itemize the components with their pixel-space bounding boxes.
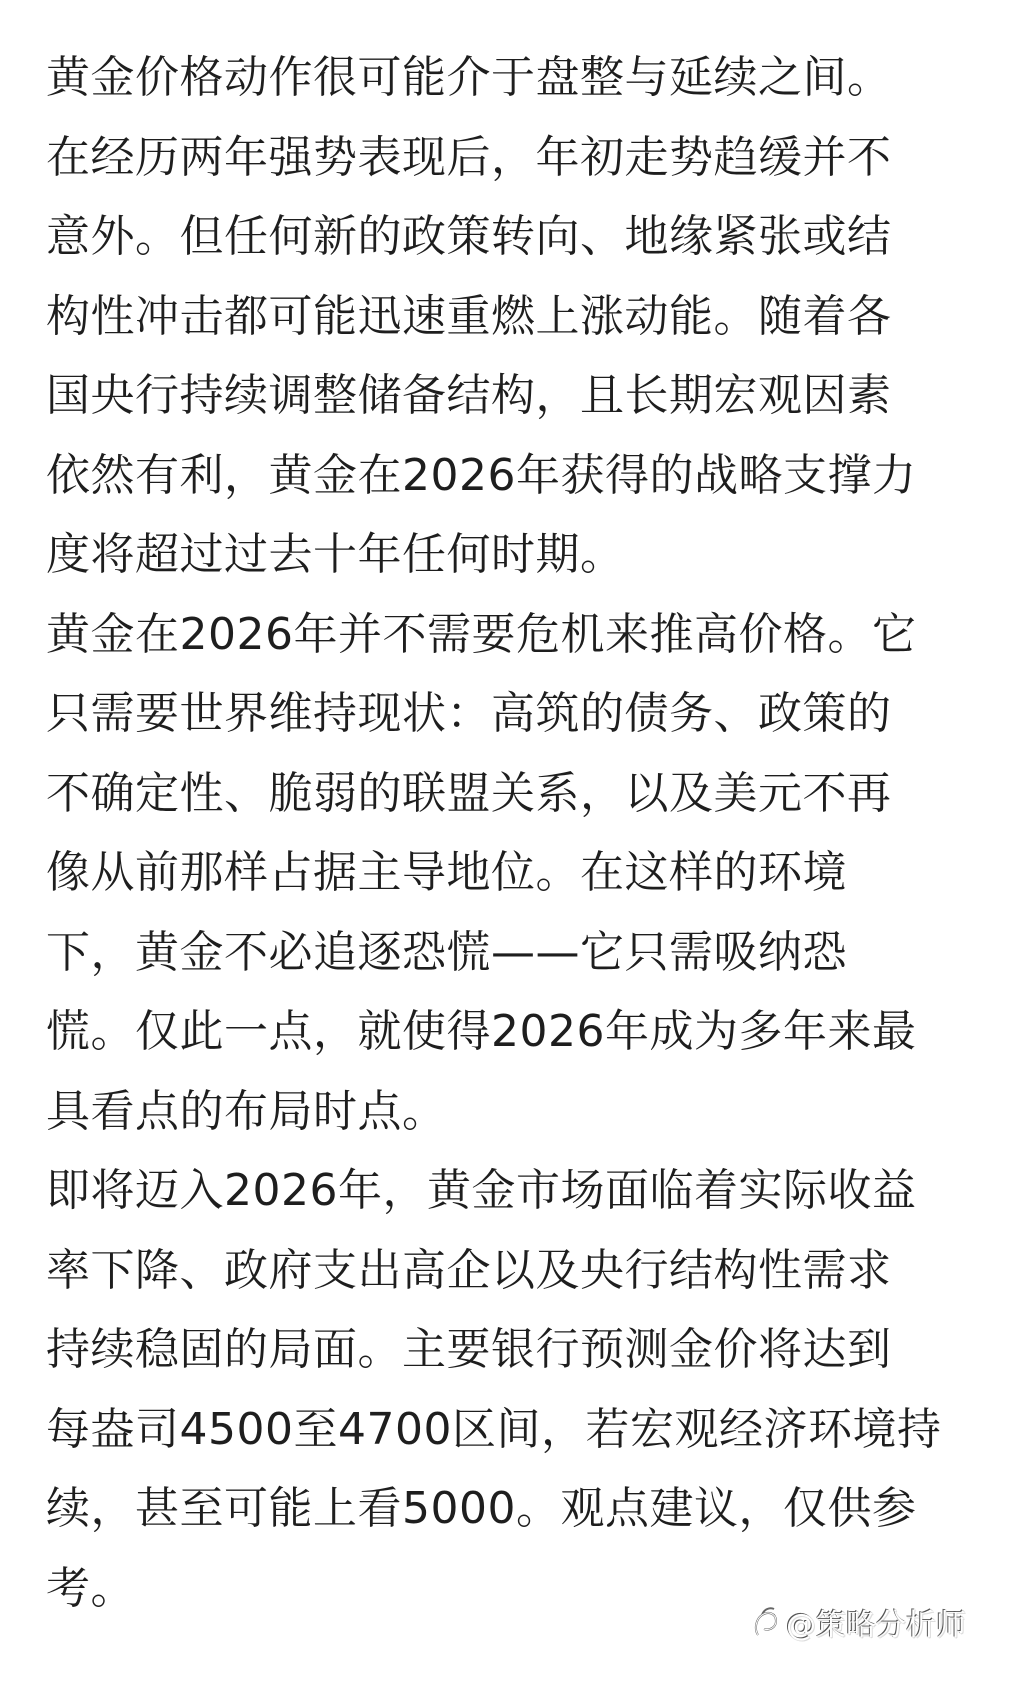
text-line: 像从前那样占据主导地位。在这样的环境 (46, 833, 1006, 913)
text-line: 续，甚至可能上看5000。观点建议，仅供参 (46, 1469, 1006, 1549)
text-line: 每盎司4500至4700区间，若宏观经济环境持 (46, 1390, 1006, 1470)
text-line: 率下降、政府支出高企以及央行结构性需求 (46, 1231, 1006, 1311)
text-line: 持续稳固的局面。主要银行预测金价将达到 (46, 1310, 1006, 1390)
text-line: 意外。但任何新的政策转向、地缘紧张或结 (46, 197, 1006, 277)
text-line: 不确定性、脆弱的联盟关系，以及美元不再 (46, 754, 1006, 834)
weibo-logo-icon (752, 1605, 780, 1639)
watermark: @策略分析师 (752, 1600, 966, 1644)
text-line: 黄金价格动作很可能介于盘整与延续之间。 (46, 38, 1006, 118)
article-body: 黄金价格动作很可能介于盘整与延续之间。 在经历两年强势表现后，年初走势趋缓并不 … (46, 38, 1006, 1628)
text-line: 在经历两年强势表现后，年初走势趋缓并不 (46, 118, 1006, 198)
text-line: 依然有利，黄金在2026年获得的战略支撑力 (46, 436, 1006, 516)
text-line: 构性冲击都可能迅速重燃上涨动能。随着各 (46, 277, 1006, 357)
text-line: 度将超过过去十年任何时期。 (46, 515, 1006, 595)
paragraph-3: 即将迈入2026年，黄金市场面临着实际收益 率下降、政府支出高企以及央行结构性需… (46, 1151, 1006, 1628)
watermark-text: @策略分析师 (786, 1600, 966, 1644)
text-line: 慌。仅此一点，就使得2026年成为多年来最 (46, 992, 1006, 1072)
text-line: 黄金在2026年并不需要危机来推高价格。它 (46, 595, 1006, 675)
text-line: 具看点的布局时点。 (46, 1072, 1006, 1152)
text-line: 只需要世界维持现状：高筑的债务、政策的 (46, 674, 1006, 754)
paragraph-1: 黄金价格动作很可能介于盘整与延续之间。 在经历两年强势表现后，年初走势趋缓并不 … (46, 38, 1006, 595)
text-line: 国央行持续调整储备结构，且长期宏观因素 (46, 356, 1006, 436)
text-line: 即将迈入2026年，黄金市场面临着实际收益 (46, 1151, 1006, 1231)
text-line: 下，黄金不必追逐恐慌——它只需吸纳恐 (46, 913, 1006, 993)
paragraph-2: 黄金在2026年并不需要危机来推高价格。它 只需要世界维持现状：高筑的债务、政策… (46, 595, 1006, 1152)
